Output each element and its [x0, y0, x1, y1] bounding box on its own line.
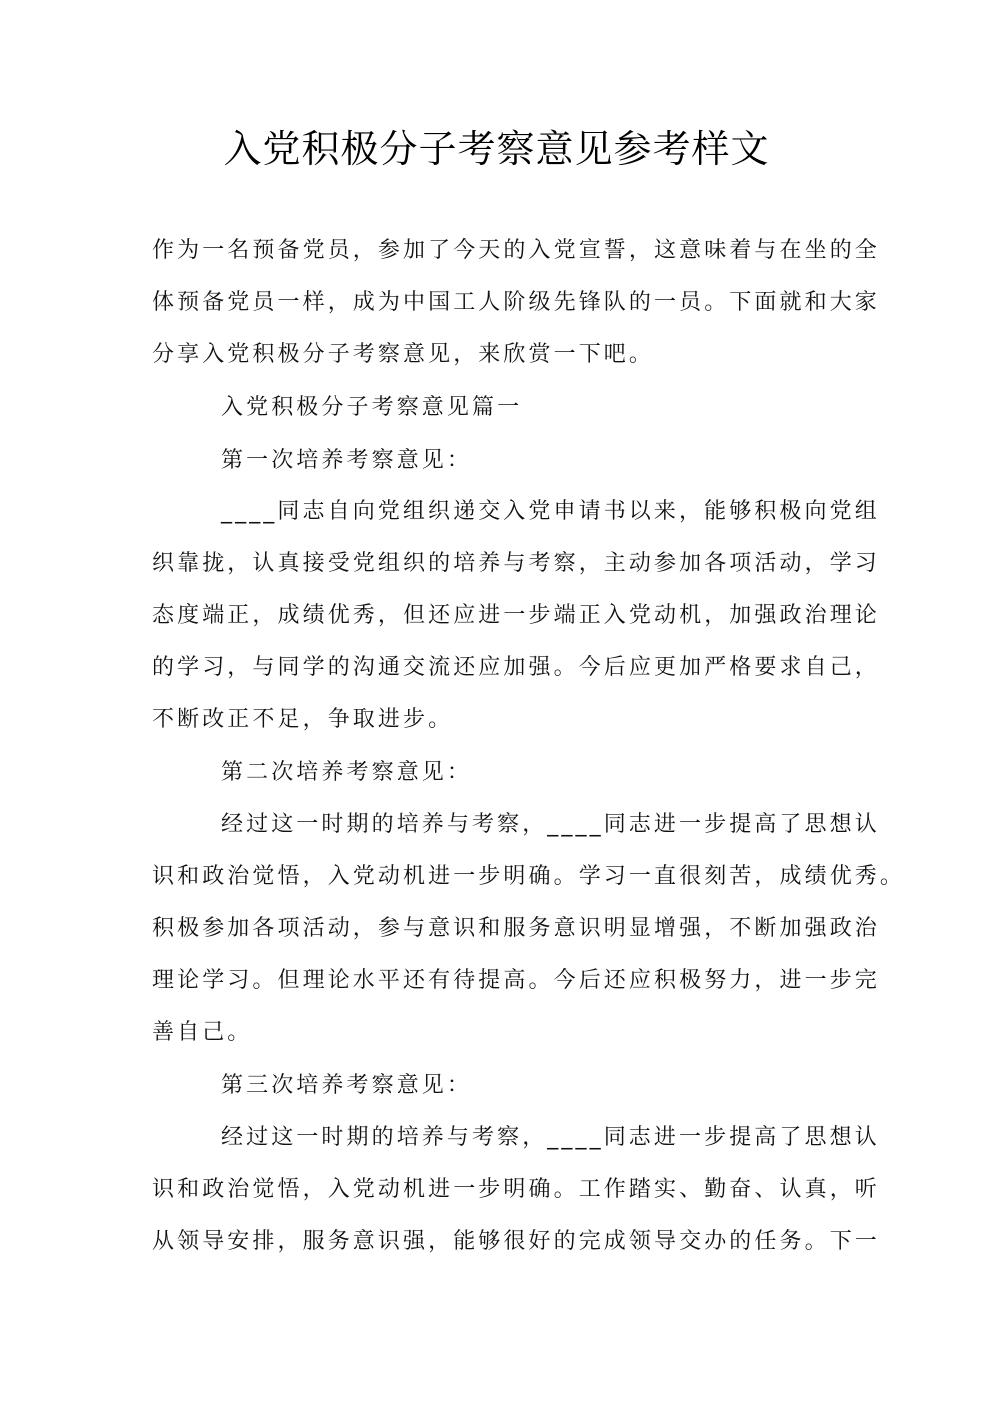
paragraph-line: 识和政治觉悟，入党动机进一步明确。工作踏实、勤奋、认真，听 — [152, 1175, 880, 1205]
paragraph-line: 积极参加各项活动，参与意识和服务意识明显增强，不断加强政治 — [152, 914, 880, 944]
paragraph-line: 识和政治觉悟，入党动机进一步明确。学习一直很刻苦，成绩优秀。 — [152, 862, 905, 892]
paragraph-line: 经过这一时期的培养与考察，____同志进一步提高了思想认 — [221, 810, 880, 840]
paragraph-line: 理论学习。但理论水平还有待提高。今后还应积极努力，进一步完 — [152, 966, 880, 996]
paragraph-line: 作为一名预备党员，参加了今天的入党宣誓，这意味着与在坐的全 — [152, 236, 880, 266]
paragraph-line: 体预备党员一样，成为中国工人阶级先锋队的一员。下面就和大家 — [152, 288, 880, 318]
paragraph-line: 织靠拢，认真接受党组织的培养与考察，主动参加各项活动，学习 — [152, 549, 880, 579]
paragraph-line: ____同志自向党组织递交入党申请书以来，能够积极向党组 — [221, 497, 880, 527]
paragraph-line: 入党积极分子考察意见篇一 — [221, 393, 522, 423]
paragraph-line: 不断改正不足，争取进步。 — [152, 705, 453, 735]
paragraph-line: 分享入党积极分子考察意见，来欣赏一下吧。 — [152, 340, 654, 370]
paragraph-line: 的学习，与同学的沟通交流还应加强。今后应更加严格要求自己， — [152, 653, 880, 683]
paragraph-line: 第二次培养考察意见： — [221, 758, 472, 788]
document-page: 入党积极分子考察意见参考样文 作为一名预备党员，参加了今天的入党宣誓，这意味着与… — [0, 0, 993, 1404]
paragraph-line: 第三次培养考察意见： — [221, 1071, 472, 1101]
paragraph-line: 第一次培养考察意见： — [221, 446, 472, 476]
document-title: 入党积极分子考察意见参考样文 — [0, 124, 993, 174]
paragraph-line: 态度端正，成绩优秀，但还应进一步端正入党动机，加强政治理论 — [152, 601, 880, 631]
paragraph-line: 从领导安排，服务意识强，能够很好的完成领导交办的任务。下一 — [152, 1227, 880, 1257]
paragraph-line: 善自己。 — [152, 1018, 252, 1048]
paragraph-line: 经过这一时期的培养与考察，____同志进一步提高了思想认 — [221, 1123, 880, 1153]
